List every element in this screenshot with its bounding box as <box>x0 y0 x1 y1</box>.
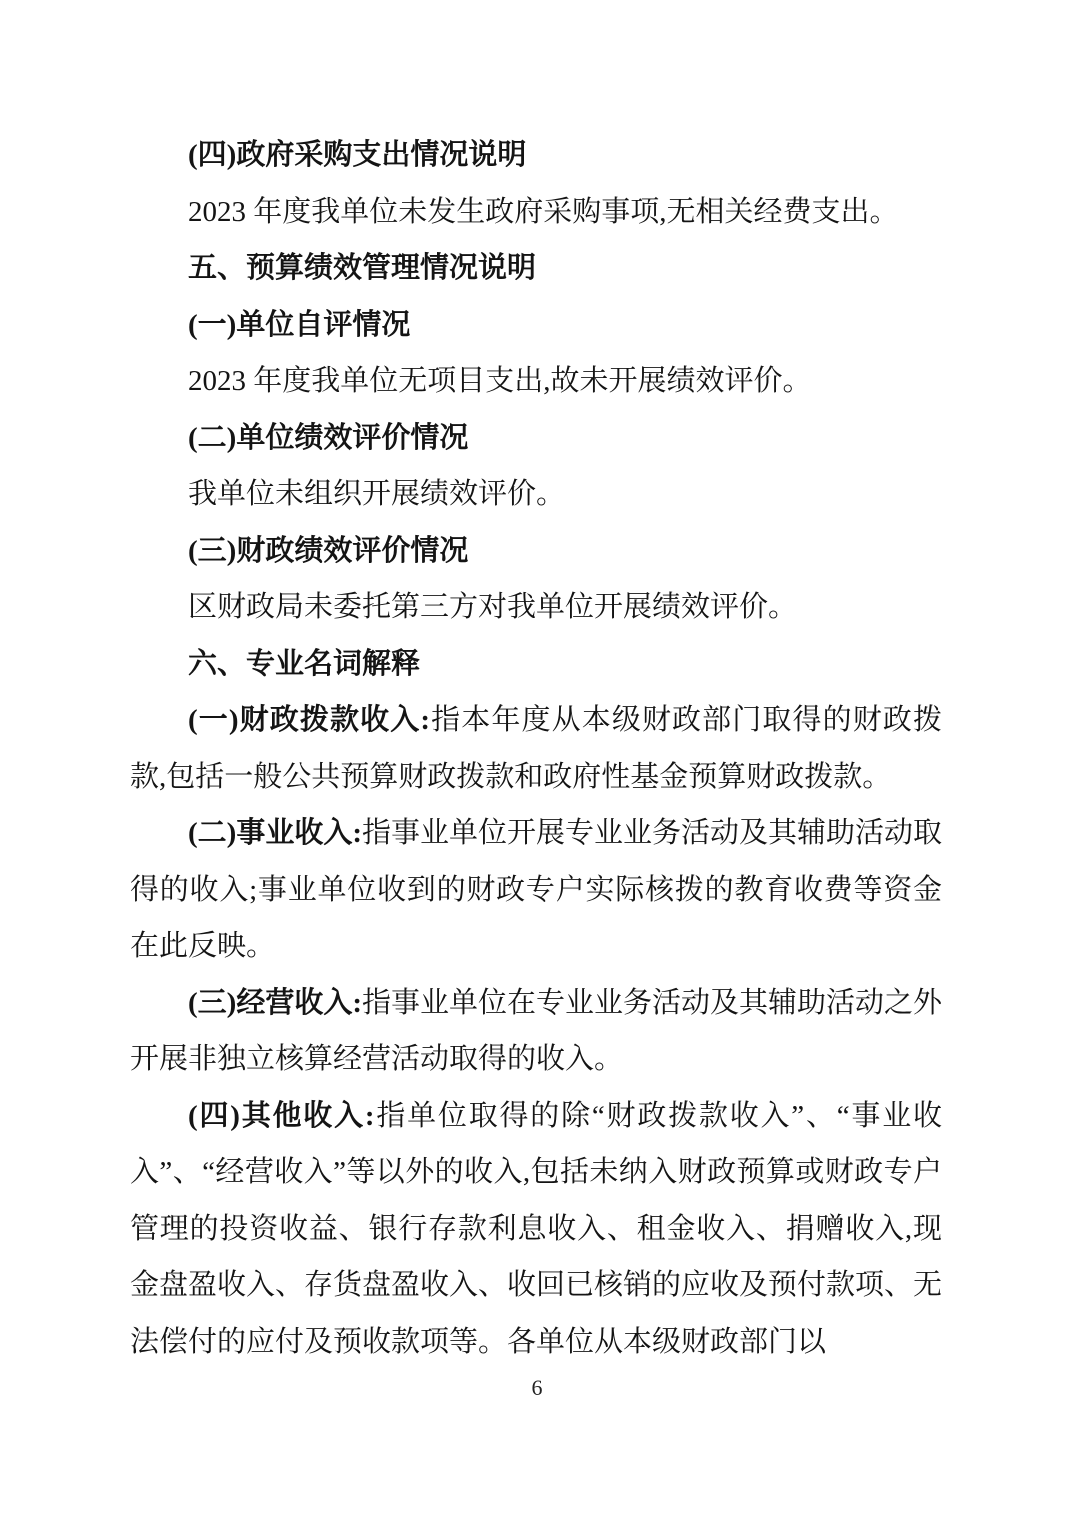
term-paragraph: (四)其他收入:指单位取得的除“财政拨款收入”、“事业收入”、“经营收入”等以外… <box>130 1088 942 1371</box>
term-paragraph: (二)事业收入:指事业单位开展专业业务活动及其辅助活动取得的收入;事业单位收到的… <box>130 805 942 975</box>
section-heading: 五、预算绩效管理情况说明 <box>130 240 942 297</box>
document-body: (四)政府采购支出情况说明2023 年度我单位未发生政府采购事项,无相关经费支出… <box>130 127 942 1370</box>
term-paragraph: (三)经营收入:指事业单位在专业业务活动及其辅助活动之外开展非独立核算经营活动取… <box>130 975 942 1088</box>
term-lead: (一)财政拨款收入: <box>188 704 430 736</box>
section-heading: 六、专业名词解释 <box>130 636 942 693</box>
subsection-heading: (四)政府采购支出情况说明 <box>130 127 942 184</box>
paragraph: 2023 年度我单位未发生政府采购事项,无相关经费支出。 <box>130 184 942 241</box>
subsection-heading: (三)财政绩效评价情况 <box>130 523 942 580</box>
paragraph: 区财政局未委托第三方对我单位开展绩效评价。 <box>130 579 942 636</box>
document-page: (四)政府采购支出情况说明2023 年度我单位未发生政府采购事项,无相关经费支出… <box>0 0 1074 1520</box>
term-lead: (二)事业收入: <box>188 817 362 849</box>
subsection-heading: (一)单位自评情况 <box>130 297 942 354</box>
subsection-heading: (二)单位绩效评价情况 <box>130 410 942 467</box>
paragraph: 我单位未组织开展绩效评价。 <box>130 466 942 523</box>
paragraph: 2023 年度我单位无项目支出,故未开展绩效评价。 <box>130 353 942 410</box>
term-lead: (三)经营收入: <box>188 987 362 1019</box>
term-lead: (四)其他收入: <box>188 1100 375 1132</box>
term-paragraph: (一)财政拨款收入:指本年度从本级财政部门取得的财政拨款,包括一般公共预算财政拨… <box>130 692 942 805</box>
page-number: 6 <box>0 1374 1074 1402</box>
